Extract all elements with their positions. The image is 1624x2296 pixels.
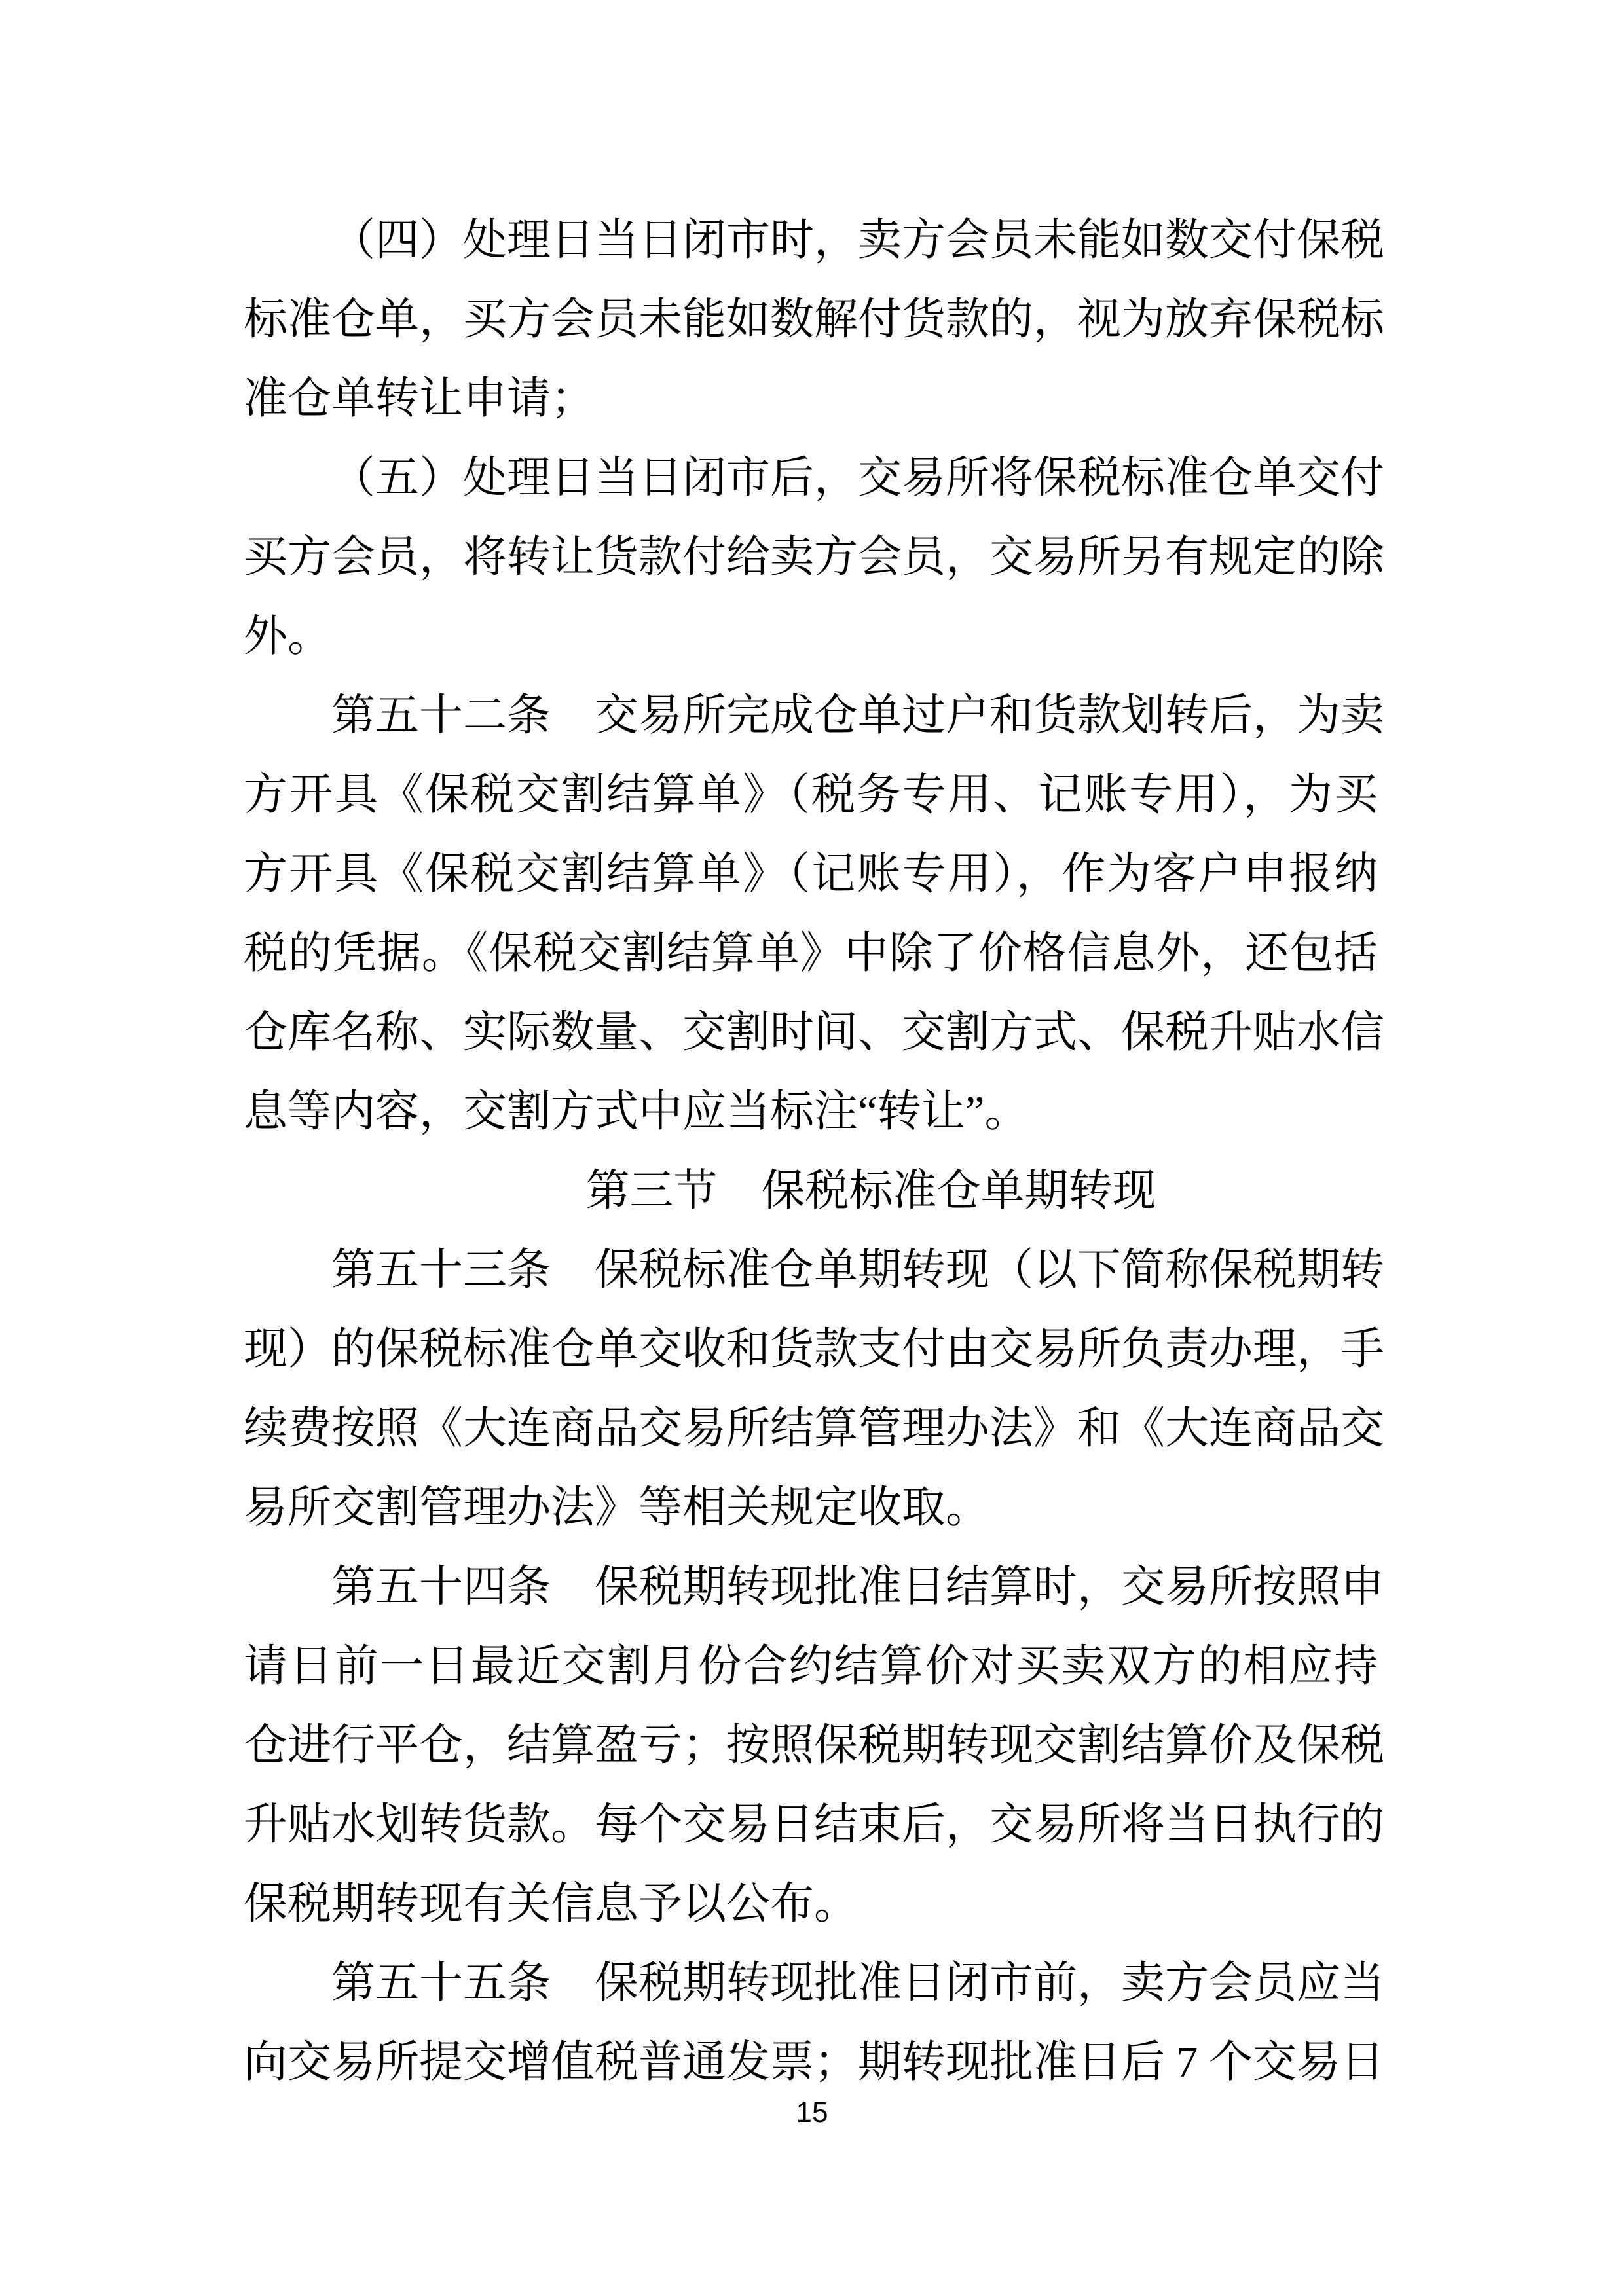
text-line-content: 向交易所提交增值税普通发票；期转现批准日后 7 个交易日 bbox=[244, 2038, 1384, 2086]
text-line: 第五十四条 保税期转现批准日结算时，交易所按照申 bbox=[244, 1548, 1378, 1627]
text-line-content: 升贴水划转货款。每个交易日结束后，交易所将当日执行的 bbox=[244, 1800, 1384, 1849]
text-line-content: 仓库名称、实际数量、交割时间、交割方式、保税升贴水信 bbox=[244, 1008, 1384, 1057]
text-line: 易所交割管理办法》等相关规定收取。 bbox=[244, 1468, 1378, 1548]
text-line-content: 第五十二条 交易所完成仓单过户和货款划转后，为卖 bbox=[331, 691, 1384, 740]
text-line-content: 息等内容，交割方式中应当标注“转让”。 bbox=[244, 1087, 1028, 1136]
text-line: 请日前一日最近交割月份合约结算价对买卖双方的相应持 bbox=[244, 1627, 1378, 1706]
text-line: 向交易所提交增值税普通发票；期转现批准日后 7 个交易日 bbox=[244, 2023, 1378, 2102]
text-line-content: （四）处理日当日闭市时，卖方会员未能如数交付保税 bbox=[331, 216, 1384, 264]
text-line-content: 第五十五条 保税期转现批准日闭市前，卖方会员应当 bbox=[331, 1959, 1384, 2007]
text-line: （五）处理日当日闭市后，交易所将保税标准仓单交付 bbox=[244, 439, 1378, 518]
text-line: 方开具《保税交割结算单》（记账专用），作为客户申报纳 bbox=[244, 835, 1378, 914]
text-line-content: （五）处理日当日闭市后，交易所将保税标准仓单交付 bbox=[331, 454, 1384, 502]
text-line: 方开具《保税交割结算单》（税务专用、记账专用），为买 bbox=[244, 756, 1378, 835]
text-line-content: 方开具《保税交割结算单》（记账专用），作为客户申报纳 bbox=[244, 850, 1379, 898]
text-line: 第五十三条 保税标准仓单期转现（以下简称保税期转 bbox=[244, 1231, 1378, 1310]
section-heading: 第三节 保税标准仓单期转现 bbox=[244, 1152, 1378, 1231]
text-line: 第五十二条 交易所完成仓单过户和货款划转后，为卖 bbox=[244, 676, 1378, 756]
text-line-content: 续费按照《大连商品交易所结算管理办法》和《大连商品交 bbox=[244, 1404, 1384, 1453]
text-line-content: 税的凭据。《保税交割结算单》中除了价格信息外，还包括 bbox=[244, 929, 1378, 977]
text-line: 仓库名称、实际数量、交割时间、交割方式、保税升贴水信 bbox=[244, 993, 1378, 1072]
text-line: 买方会员，将转让货款付给卖方会员，交易所另有规定的除 bbox=[244, 518, 1378, 597]
text-line: 息等内容，交割方式中应当标注“转让”。 bbox=[244, 1072, 1378, 1152]
text-line-content: 第三节 保税标准仓单期转现 bbox=[586, 1167, 1156, 1215]
text-line-content: 第五十三条 保税标准仓单期转现（以下简称保税期转 bbox=[331, 1246, 1384, 1294]
text-line-content: 标准仓单，买方会员未能如数解付货款的，视为放弃保税标 bbox=[244, 295, 1384, 344]
text-line-content: 准仓单转让申请； bbox=[244, 374, 595, 423]
text-line-content: 现）的保税标准仓单交收和货款支付由交易所负责办理，手 bbox=[244, 1325, 1384, 1374]
text-line: 第五十五条 保税期转现批准日闭市前，卖方会员应当 bbox=[244, 1944, 1378, 2023]
text-line-content: 仓进行平仓，结算盈亏；按照保税期转现交割结算价及保税 bbox=[244, 1721, 1384, 1770]
text-line: 现）的保税标准仓单交收和货款支付由交易所负责办理，手 bbox=[244, 1310, 1378, 1389]
document-text-block: （四）处理日当日闭市时，卖方会员未能如数交付保税标准仓单，买方会员未能如数解付货… bbox=[244, 201, 1378, 2102]
text-line: （四）处理日当日闭市时，卖方会员未能如数交付保税 bbox=[244, 201, 1378, 280]
text-line-content: 保税期转现有关信息予以公布。 bbox=[244, 1880, 858, 1928]
text-line: 保税期转现有关信息予以公布。 bbox=[244, 1865, 1378, 1944]
text-line-content: 买方会员，将转让货款付给卖方会员，交易所另有规定的除 bbox=[244, 533, 1384, 581]
text-line: 续费按照《大连商品交易所结算管理办法》和《大连商品交 bbox=[244, 1389, 1378, 1468]
text-line-content: 外。 bbox=[244, 612, 331, 661]
text-line-content: 第五十四条 保税期转现批准日结算时，交易所按照申 bbox=[331, 1563, 1384, 1611]
text-line: 升贴水划转货款。每个交易日结束后，交易所将当日执行的 bbox=[244, 1785, 1378, 1865]
text-line: 税的凭据。《保税交割结算单》中除了价格信息外，还包括 bbox=[244, 914, 1378, 993]
page-number: 15 bbox=[0, 2097, 1624, 2128]
document-page: （四）处理日当日闭市时，卖方会员未能如数交付保税标准仓单，买方会员未能如数解付货… bbox=[0, 0, 1624, 2296]
text-line: 仓进行平仓，结算盈亏；按照保税期转现交割结算价及保税 bbox=[244, 1706, 1378, 1785]
text-line: 外。 bbox=[244, 597, 1378, 676]
text-line: 准仓单转让申请； bbox=[244, 359, 1378, 439]
text-line: 标准仓单，买方会员未能如数解付货款的，视为放弃保税标 bbox=[244, 280, 1378, 359]
text-line-content: 请日前一日最近交割月份合约结算价对买卖双方的相应持 bbox=[244, 1642, 1379, 1690]
text-line-content: 易所交割管理办法》等相关规定收取。 bbox=[244, 1484, 989, 1532]
text-line-content: 方开具《保税交割结算单》（税务专用、记账专用），为买 bbox=[244, 771, 1379, 819]
